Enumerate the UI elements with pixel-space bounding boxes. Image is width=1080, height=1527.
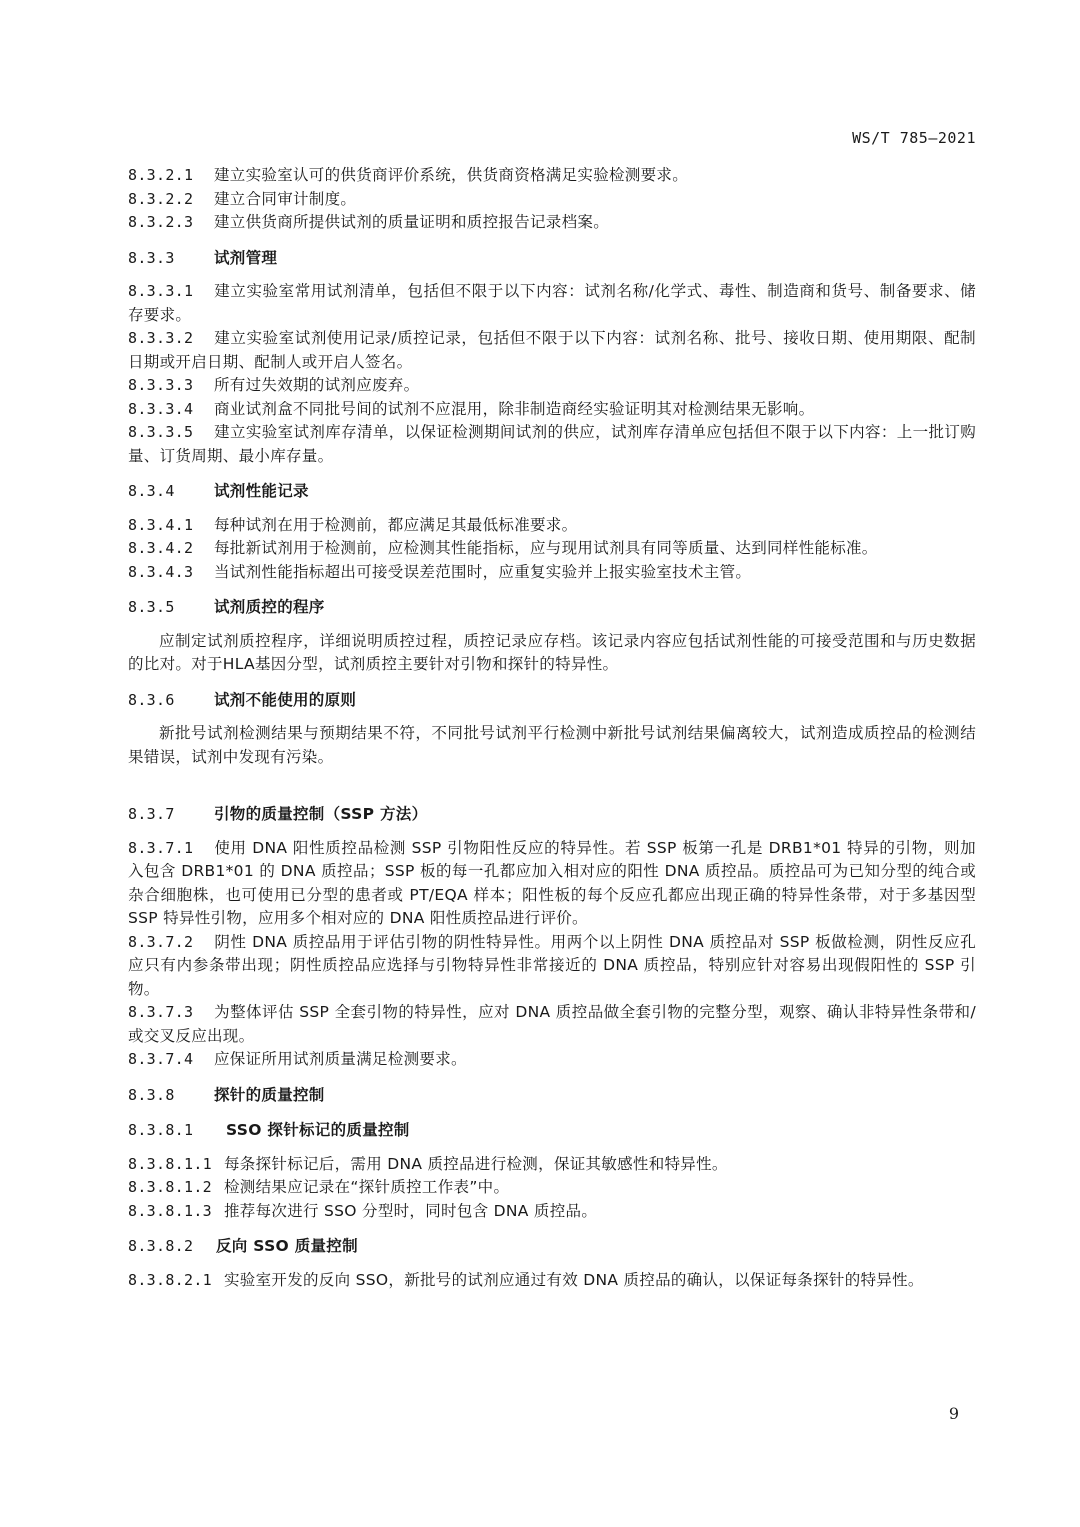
clause-8-3-2-2: 8.3.2.2建立合同审计制度。 [128, 188, 976, 212]
document-id: WS/T 785—2021 [852, 129, 976, 147]
clause-8-3-3-3: 8.3.3.3所有过失效期的试剂应废弃。 [128, 374, 976, 398]
clause-8-3-7-3: 8.3.7.3为整体评估 SSP 全套引物的特异性，应对 DNA 质控品做全套引… [128, 1001, 976, 1048]
clause-8-3-2-1: 8.3.2.1建立实验室认可的供货商评价系统，供货商资格满足实验检测要求。 [128, 164, 976, 188]
heading-8-3-4: 8.3.4试剂性能记录 [128, 480, 976, 504]
heading-8-3-8-2: 8.3.8.2反向 SSO 质量控制 [128, 1235, 976, 1259]
heading-8-3-6: 8.3.6试剂不能使用的原则 [128, 689, 976, 713]
clause-8-3-7-4: 8.3.7.4应保证所用试剂质量满足检测要求。 [128, 1048, 976, 1072]
heading-8-3-8-1: 8.3.8.1SSO 探针标记的质量控制 [128, 1119, 976, 1143]
clause-8-3-4-2: 8.3.4.2每批新试剂用于检测前，应检测其性能指标，应与现用试剂具有同等质量、… [128, 537, 976, 561]
clause-8-3-7-2: 8.3.7.2阴性 DNA 质控品用于评估引物的阴性特异性。用两个以上阴性 DN… [128, 931, 976, 1002]
heading-8-3-5: 8.3.5试剂质控的程序 [128, 596, 976, 620]
clause-8-3-8-1-2: 8.3.8.1.2检测结果应记录在“探针质控工作表”中。 [128, 1176, 976, 1200]
heading-8-3-7: 8.3.7引物的质量控制（SSP 方法） [128, 803, 976, 827]
heading-8-3-3: 8.3.3试剂管理 [128, 247, 976, 271]
clause-8-3-8-2-1: 8.3.8.2.1实验室开发的反向 SSO，新批号的试剂应通过有效 DNA 质控… [128, 1269, 976, 1293]
paragraph-8-3-5: 应制定试剂质控程序，详细说明质控过程，质控记录应存档。该记录内容应包括试剂性能的… [128, 630, 976, 677]
document-body: 8.3.2.1建立实验室认可的供货商评价系统，供货商资格满足实验检测要求。 8.… [128, 164, 976, 1292]
paragraph-8-3-6: 新批号试剂检测结果与预期结果不符，不同批号试剂平行检测中新批号试剂结果偏离较大，… [128, 722, 976, 769]
clause-8-3-3-4: 8.3.3.4商业试剂盒不同批号间的试剂不应混用，除非制造商经实验证明其对检测结… [128, 398, 976, 422]
clause-8-3-4-3: 8.3.4.3当试剂性能指标超出可接受误差范围时，应重复实验并上报实验室技术主管… [128, 561, 976, 585]
clause-8-3-7-1: 8.3.7.1使用 DNA 阳性质控品检测 SSP 引物阳性反应的特异性。若 S… [128, 837, 976, 931]
clause-8-3-8-1-1: 8.3.8.1.1每条探针标记后，需用 DNA 质控品进行检测，保证其敏感性和特… [128, 1153, 976, 1177]
clause-8-3-2-3: 8.3.2.3建立供货商所提供试剂的质量证明和质控报告记录档案。 [128, 211, 976, 235]
clause-8-3-8-1-3: 8.3.8.1.3推荐每次进行 SSO 分型时，同时包含 DNA 质控品。 [128, 1200, 976, 1224]
clause-8-3-4-1: 8.3.4.1每种试剂在用于检测前，都应满足其最低标准要求。 [128, 514, 976, 538]
clause-8-3-3-5: 8.3.3.5建立实验室试剂库存清单，以保证检测期间试剂的供应，试剂库存清单应包… [128, 421, 976, 468]
clause-8-3-3-2: 8.3.3.2建立实验室试剂使用记录/质控记录，包括但不限于以下内容：试剂名称、… [128, 327, 976, 374]
heading-8-3-8: 8.3.8探针的质量控制 [128, 1084, 976, 1108]
document-page: WS/T 785—2021 8.3.2.1建立实验室认可的供货商评价系统，供货商… [0, 0, 1080, 1527]
page-number: 9 [949, 1404, 959, 1423]
clause-8-3-3-1: 8.3.3.1建立实验室常用试剂清单，包括但不限于以下内容：试剂名称/化学式、毒… [128, 280, 976, 327]
